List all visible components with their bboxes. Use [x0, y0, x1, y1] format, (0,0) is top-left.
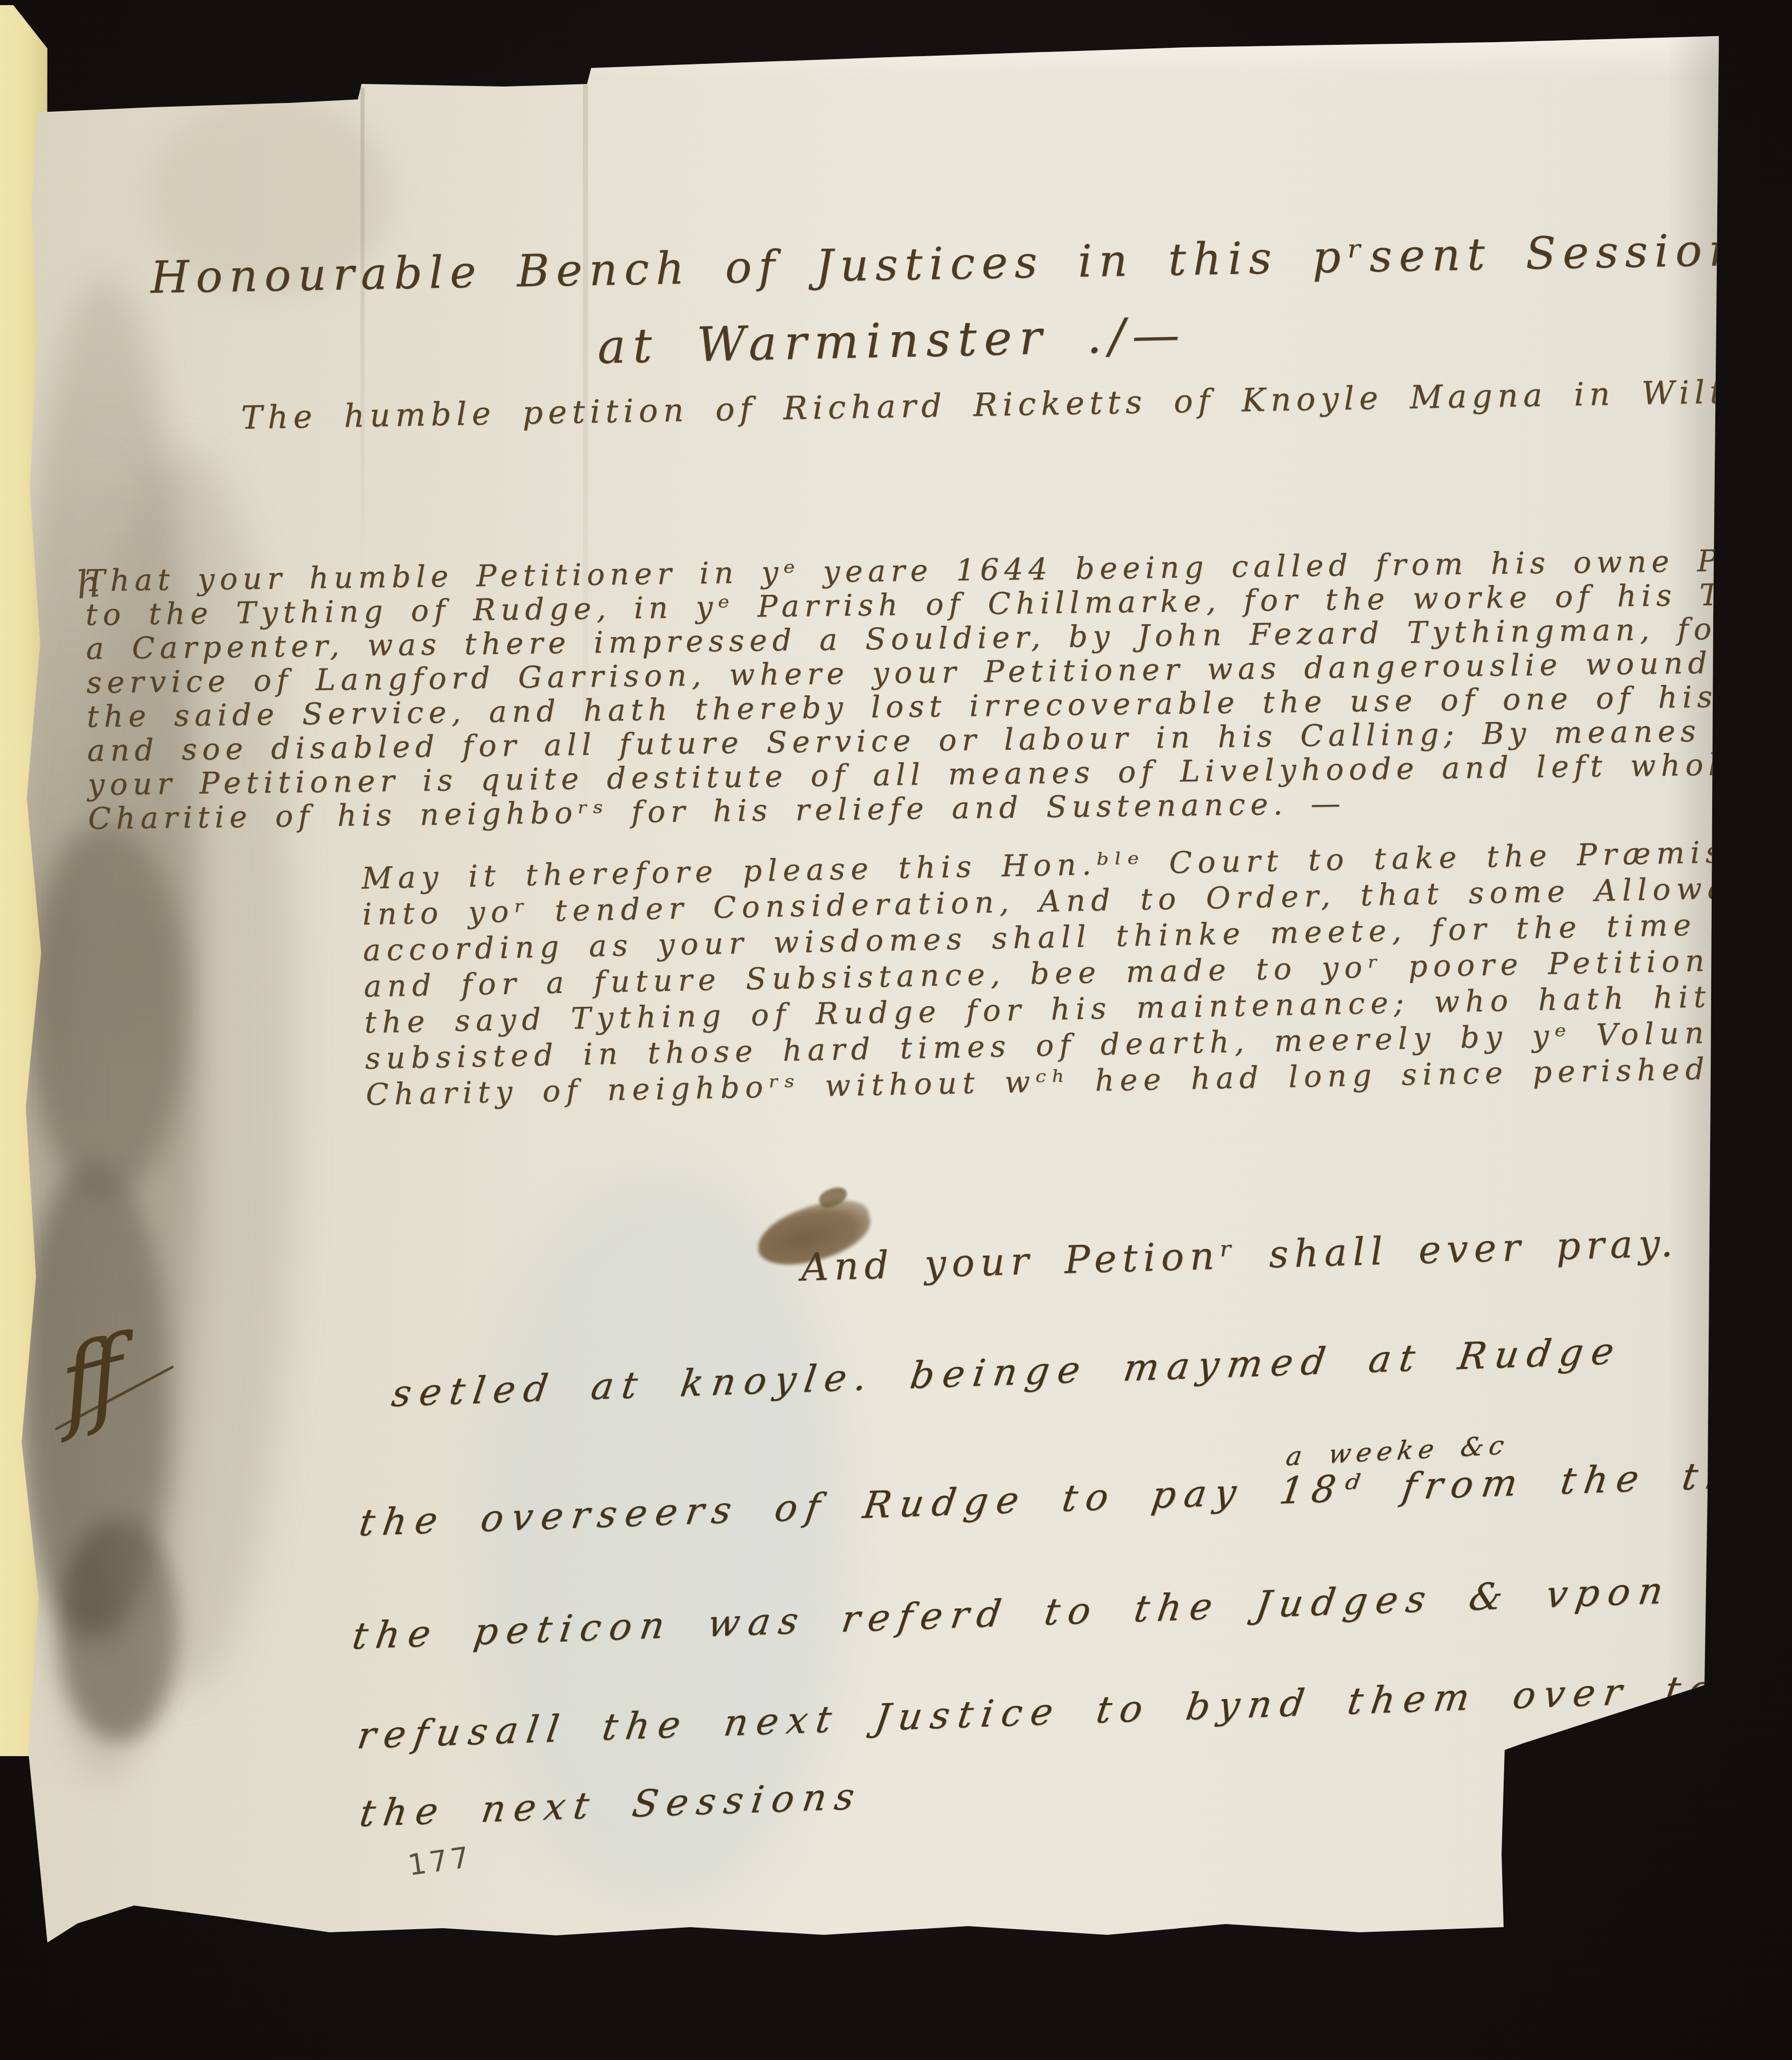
petition-body-paragraph-1: That your humble Petitioner in yᵉ yeare … — [85, 540, 1792, 835]
endorsement-line-4: refusall the next Justice to bynd them o… — [355, 1667, 1722, 1757]
endorsement-line-2: the overseers of Rudge to pay 18ᵈ from t… — [356, 1451, 1792, 1544]
petition-body-paragraph-2: May it therefore please this Hon.ᵇˡᵉ Cou… — [361, 831, 1792, 1113]
petition-heading-line2: at Warminster ./— — [597, 307, 1187, 374]
torn-top-edge-highlight — [31, 31, 1725, 77]
prayer-clause: And your Petionʳ shall ever pray. &c — [800, 1218, 1776, 1290]
photograph-backdrop: Honourable Bench of Justices in this pʳs… — [0, 0, 1792, 2060]
stain-dark-blotch-1 — [30, 824, 184, 1195]
stain-dark-blotch-3 — [59, 1519, 178, 1741]
endorsement-line-3: the peticon was referd to the Judges & v… — [350, 1569, 1674, 1658]
petition-subheading: The humble petition of Richard Ricketts … — [241, 372, 1792, 437]
fold-crease-1 — [360, 88, 365, 577]
endorsement-line-5: the next Sessions — [357, 1774, 865, 1835]
petition-heading-line1: Honourable Bench of Justices in this pʳs… — [150, 224, 1773, 304]
folio-number: 177 — [406, 1841, 474, 1883]
manuscript-sheet: Honourable Bench of Justices in this pʳs… — [0, 0, 1792, 2060]
stain-left-band — [9, 278, 200, 1782]
endorsement-line-1: setled at knoyle. beinge maymed at Rudge — [389, 1329, 1625, 1415]
